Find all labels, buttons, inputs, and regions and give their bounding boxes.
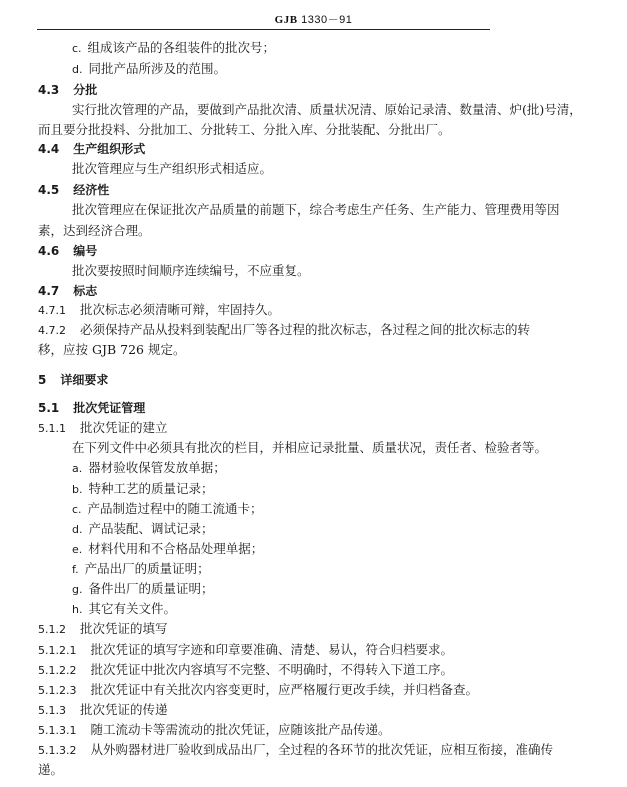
text-line: c.组成该产品的各组装件的批次号； xyxy=(72,40,275,57)
section-heading: 5.1批次凭证管理 xyxy=(38,400,145,416)
paragraph-text: 而且要分批投料、分批加工、分批转工、分批入库、分批装配、分批出厂。 xyxy=(38,122,451,137)
text-line: 5.1.2批次凭证的填写 xyxy=(38,621,168,638)
text-line: 5.1.1批次凭证的建立 xyxy=(38,420,168,437)
text-line: c.产品制造过程中的随工流通卡； xyxy=(72,501,263,518)
text-line: g.备件出厂的质量证明； xyxy=(72,581,214,598)
clause-number: e. xyxy=(72,543,82,556)
paragraph-text: 批次管理应在保证批次产品质量的前题下，综合考虑生产任务、生产能力、管理费用等因 xyxy=(72,202,560,217)
clause-number: 4.5 xyxy=(38,183,59,197)
paragraph-text: 同批产品所涉及的范围。 xyxy=(88,61,226,76)
paragraph-text: 特种工艺的质量记录； xyxy=(88,481,213,496)
paragraph-text: 从外购器材进厂验收到成品出厂，全过程的各环节的批次凭证，应相互衔接，准确传 xyxy=(90,742,553,757)
clause-number: 5.1.2.2 xyxy=(38,664,76,677)
paragraph-text: 批次凭证的传递 xyxy=(80,702,168,717)
heading-text: 分批 xyxy=(73,83,97,97)
text-line: 批次管理应在保证批次产品质量的前题下，综合考虑生产任务、生产能力、管理费用等因 xyxy=(72,202,560,218)
text-line: 5.1.3.2从外购器材进厂验收到成品出厂，全过程的各环节的批次凭证，应相互衔接… xyxy=(38,742,553,759)
clause-number: 5.1.2 xyxy=(38,623,66,636)
standard-prefix: GJB xyxy=(275,14,298,26)
clause-number: d. xyxy=(72,63,82,76)
clause-number: 4.3 xyxy=(38,83,59,97)
paragraph-text: 其它有关文件。 xyxy=(88,601,176,616)
section-heading: 4.7标志 xyxy=(38,283,97,299)
paragraph-text: 素，达到经济合理。 xyxy=(38,223,151,238)
clause-number: b. xyxy=(72,483,82,496)
paragraph-text: 批次管理应与生产组织形式相适应。 xyxy=(72,161,272,176)
clause-number: 4.7.1 xyxy=(38,304,66,317)
text-line: 5.1.2.3批次凭证中有关批次内容变更时，应严格履行更改手续，并归档备查。 xyxy=(38,682,478,699)
text-line: 5.1.2.1批次凭证的填写字迹和印章要准确、清楚、易认，符合归档要求。 xyxy=(38,642,453,659)
text-line: 5.1.3.1随工流动卡等需流动的批次凭证，应随该批产品传递。 xyxy=(38,722,391,739)
clause-number: c. xyxy=(72,503,82,516)
text-line: e.材料代用和不合格品处理单据； xyxy=(72,541,263,558)
heading-text: 详细要求 xyxy=(60,373,108,387)
clause-number: a. xyxy=(72,462,82,475)
text-line: 5.1.2.2批次凭证中批次内容填写不完整、不明确时，不得转入下道工序。 xyxy=(38,662,453,679)
paragraph-text: 组成该产品的各组装件的批次号； xyxy=(88,40,276,55)
paragraph-text: 批次要按照时间顺序连续编号，不应重复。 xyxy=(72,263,310,278)
text-line: 4.7.2必须保持产品从投料到装配出厂等各过程的批次标志，各过程之间的批次标志的… xyxy=(38,322,530,339)
clause-number: 5.1 xyxy=(38,401,59,415)
text-line: d.产品装配、调试记录； xyxy=(72,521,214,538)
page-header: GJB 1330－91 xyxy=(0,11,627,27)
paragraph-text: 实行批次管理的产品，要做到产品批次清、质量状况清、原始记录清、数量清、炉(批)号… xyxy=(72,102,582,117)
paragraph-text: 随工流动卡等需流动的批次凭证，应随该批产品传递。 xyxy=(90,722,390,737)
clause-number: 5.1.2.1 xyxy=(38,644,76,657)
clause-number: d. xyxy=(72,523,82,536)
paragraph-text: 必须保持产品从投料到装配出厂等各过程的批次标志，各过程之间的批次标志的转 xyxy=(80,322,530,337)
heading-text: 编号 xyxy=(73,244,97,258)
text-line: h.其它有关文件。 xyxy=(72,601,176,618)
text-line: 素，达到经济合理。 xyxy=(38,223,151,239)
paragraph-text: 产品制造过程中的随工流通卡； xyxy=(88,501,263,516)
section-heading: 4.5经济性 xyxy=(38,182,109,198)
text-line: b.特种工艺的质量记录； xyxy=(72,481,214,498)
paragraph-text: 材料代用和不合格品处理单据； xyxy=(88,541,263,556)
text-line: 4.7.1批次标志必须清晰可辩，牢固持久。 xyxy=(38,302,280,319)
clause-number: c. xyxy=(72,42,82,55)
text-line: a.器材验收保管发放单据； xyxy=(72,460,226,477)
text-line: 批次要按照时间顺序连续编号，不应重复。 xyxy=(72,263,310,279)
clause-number: 4.6 xyxy=(38,244,59,258)
clause-number: h. xyxy=(72,603,82,616)
paragraph-text: 批次凭证中有关批次内容变更时，应严格履行更改手续，并归档备查。 xyxy=(90,682,478,697)
clause-number: 5.1.1 xyxy=(38,422,66,435)
text-line: 递。 xyxy=(38,762,63,778)
heading-text: 标志 xyxy=(73,284,97,298)
clause-number: f. xyxy=(72,563,79,576)
text-line: d.同批产品所涉及的范围。 xyxy=(72,61,226,78)
section-heading: 4.4生产组织形式 xyxy=(38,141,145,157)
clause-number: 5.1.2.3 xyxy=(38,684,76,697)
paragraph-text: 产品出厂的质量证明； xyxy=(85,561,210,576)
clause-number: 5.1.3.1 xyxy=(38,724,76,737)
text-line: 批次管理应与生产组织形式相适应。 xyxy=(72,161,272,177)
paragraph-text: 批次凭证的填写字迹和印章要准确、清楚、易认，符合归档要求。 xyxy=(90,642,453,657)
paragraph-text: 批次凭证的填写 xyxy=(80,621,168,636)
clause-number: 5.1.3 xyxy=(38,704,66,717)
heading-text: 生产组织形式 xyxy=(73,142,145,156)
standard-number: 1330－91 xyxy=(301,14,352,26)
paragraph-text: 产品装配、调试记录； xyxy=(88,521,213,536)
text-line: f.产品出厂的质量证明； xyxy=(72,561,210,578)
paragraph-text: 批次标志必须清晰可辩，牢固持久。 xyxy=(80,302,280,317)
clause-number: 5 xyxy=(38,373,46,387)
text-line: 移，应按 GJB 726 规定。 xyxy=(38,342,185,358)
section-heading: 5详细要求 xyxy=(38,372,108,388)
paragraph-text: 批次凭证中批次内容填写不完整、不明确时，不得转入下道工序。 xyxy=(90,662,453,677)
paragraph-text: 在下列文件中必须具有批次的栏目，并相应记录批量、质量状况，责任者、检验者等。 xyxy=(72,440,547,455)
section-heading: 4.6编号 xyxy=(38,243,97,259)
paragraph-text: 器材验收保管发放单据； xyxy=(88,460,226,475)
clause-number: g. xyxy=(72,583,82,596)
heading-text: 批次凭证管理 xyxy=(73,401,145,415)
header-rule xyxy=(37,29,490,30)
text-line: 而且要分批投料、分批加工、分批转工、分批入库、分批装配、分批出厂。 xyxy=(38,122,451,138)
heading-text: 经济性 xyxy=(73,183,109,197)
text-line: 实行批次管理的产品，要做到产品批次清、质量状况清、原始记录清、数量清、炉(批)号… xyxy=(72,102,582,118)
text-line: 5.1.3批次凭证的传递 xyxy=(38,702,168,719)
clause-number: 4.4 xyxy=(38,142,59,156)
paragraph-text: 移，应按 GJB 726 规定。 xyxy=(38,342,185,357)
text-line: 在下列文件中必须具有批次的栏目，并相应记录批量、质量状况，责任者、检验者等。 xyxy=(72,440,547,456)
paragraph-text: 备件出厂的质量证明； xyxy=(88,581,213,596)
clause-number: 4.7 xyxy=(38,284,59,298)
paragraph-text: 递。 xyxy=(38,762,63,777)
section-heading: 4.3分批 xyxy=(38,82,97,98)
clause-number: 4.7.2 xyxy=(38,324,66,337)
paragraph-text: 批次凭证的建立 xyxy=(80,420,168,435)
clause-number: 5.1.3.2 xyxy=(38,744,76,757)
